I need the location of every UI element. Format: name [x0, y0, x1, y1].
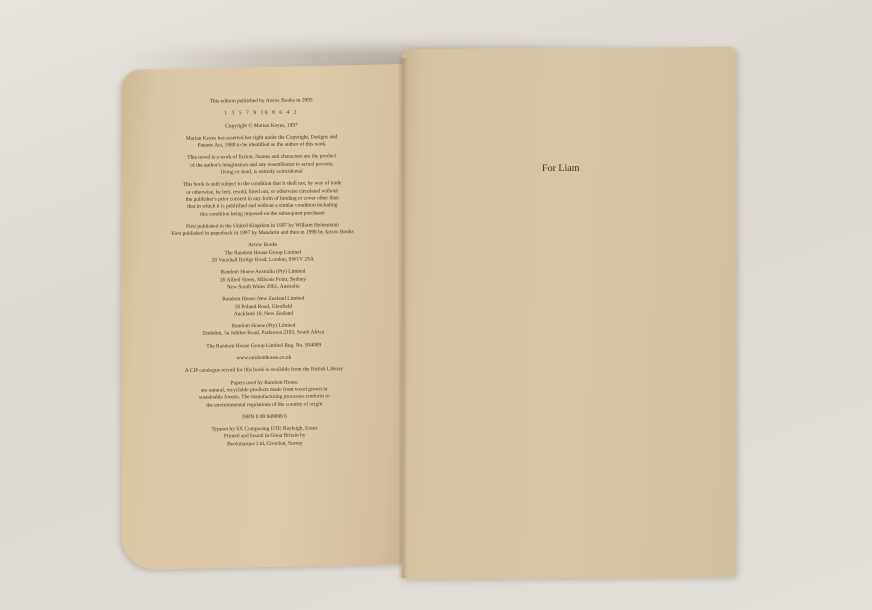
- fiction-disclaimer: This novel is a work of fiction. Names a…: [131, 153, 393, 178]
- publisher-uk: Arrow Books The Random House Group Limit…: [132, 241, 394, 266]
- printing-line: 1 3 5 7 9 10 8 6 4 2: [130, 109, 392, 119]
- open-book: This edition published by Arrow Books in…: [0, 0, 872, 610]
- copyright-text: This edition published by Arrow Books in…: [130, 97, 396, 455]
- company-registration: The Random House Group Limited Reg. No. …: [133, 341, 395, 351]
- publisher-south-africa: Random House (Pty) Limited Endulini, 5a …: [133, 322, 395, 339]
- paper-statement: Papers used by Random House are natural,…: [133, 378, 395, 410]
- publisher-australia: Random House Australia (Pty) Limited 20 …: [132, 268, 394, 293]
- book-gutter: [398, 58, 408, 578]
- moral-rights: Marian Keyes has asserted her right unde…: [131, 134, 393, 151]
- right-page-dedication: [402, 47, 736, 579]
- dedication: For Liam: [542, 163, 580, 174]
- publisher-new-zealand: Random House New Zealand Limited 18 Pola…: [132, 295, 394, 320]
- isbn: ISBN 0 09 949999 6: [133, 412, 395, 422]
- sale-conditions: This book is sold subject to the conditi…: [131, 180, 393, 219]
- cip-record: A CIP catalogue record for this book is …: [133, 366, 395, 376]
- website: www.randomhouse.co.uk: [133, 354, 395, 364]
- edition-line: This edition published by Arrow Books in…: [130, 97, 392, 107]
- publication-history: First published in the United Kingdom in…: [131, 221, 393, 238]
- copyright-line: Copyright © Marian Keyes, 1997: [130, 121, 392, 131]
- printer-info: Typeset by SX Composing DTP, Rayleigh, E…: [134, 425, 396, 450]
